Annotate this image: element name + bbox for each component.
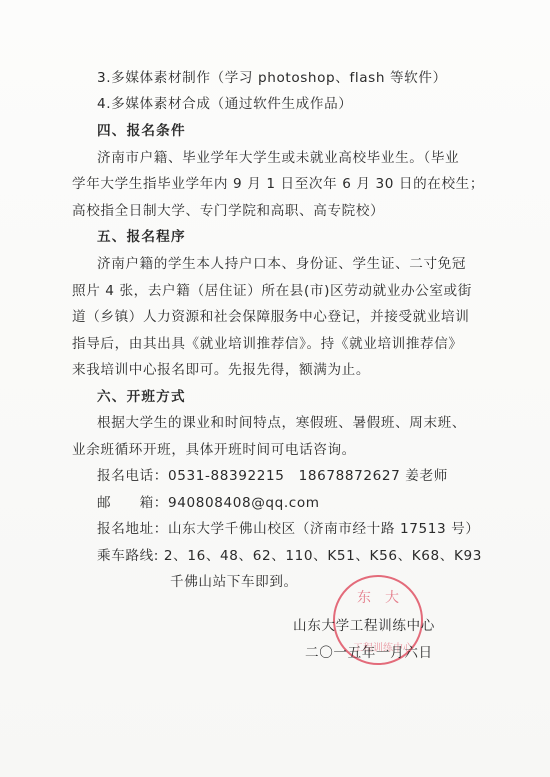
bus-value: 2、16、48、62、110、K51、K56、K68、K93 [164,548,482,564]
section-heading-registration-procedure: 五、报名程序 [97,228,186,246]
signature-organization: 山东大学工程训练中心 [293,617,435,635]
text-line-12: 来我培训中心报名即可。先报先得，额满为止。 [72,361,370,379]
contact-phone: 报名电话：0531-88392215 18678872627 姜老师 [97,467,448,485]
document-page: 3.多媒体素材制作（学习 photoshop、flash 等软件） 4.多媒体素… [0,0,550,777]
text-line-10: 道（乡镇）人力资源和社会保障服务中心登记，并接受就业培训 [72,308,469,326]
contact-email: 邮 箱：940808408@qq.com [97,494,320,512]
section-heading-class-schedule: 六、开班方式 [97,388,186,406]
contact-address: 报名地址：山东大学千佛山校区（济南市经十路 17513 号） [97,520,480,538]
text-line-9: 照片 4 张，去户籍（居住证）所在县(市)区劳动就业办公室或街 [72,282,472,300]
phone-label: 报名电话： [97,468,168,484]
email-label: 邮 箱： [97,495,168,511]
text-line-14: 根据大学生的课业和时间特点，寒假班、暑假班、周末班、 [97,414,466,432]
seal-top-text: 东 大 [357,587,399,607]
text-line-6: 高校指全日制大学、专门学院和高职、高专院校） [72,202,384,220]
bus-label: 乘车路线: [97,548,159,564]
text-line-8: 济南户籍的学生本人持户口本、身份证、学生证、二寸免冠 [97,255,466,273]
address-value: 山东大学千佛山校区（济南市经十路 17513 号） [168,521,480,537]
text-line-2: 4.多媒体素材合成（通过软件生成作品） [97,95,352,113]
text-line-1: 3.多媒体素材制作（学习 photoshop、flash 等软件） [97,69,447,87]
email-value: 940808408@qq.com [168,495,320,511]
signature-date: 二〇一五年一月六日 [305,644,433,662]
bus-stop-note: 千佛山站下车即到。 [170,573,298,591]
contact-bus-route: 乘车路线: 2、16、48、62、110、K51、K56、K68、K93 [97,547,482,565]
address-label: 报名地址： [97,521,168,537]
section-heading-registration-conditions: 四、报名条件 [97,122,186,140]
text-line-15: 业余班循环开班，具体开班时间可电话咨询。 [72,441,356,459]
phone-value: 0531-88392215 18678872627 姜老师 [168,468,448,484]
text-line-11: 指导后，由其出具《就业培训推荐信》。持《就业培训推荐信》 [72,335,463,353]
text-line-5: 学年大学生指毕业学年内 9 月 1 日至次年 6 月 30 日的在校生； [72,175,484,193]
text-line-4: 济南市户籍、毕业学年大学生或未就业高校毕业生。（毕业 [97,149,459,167]
